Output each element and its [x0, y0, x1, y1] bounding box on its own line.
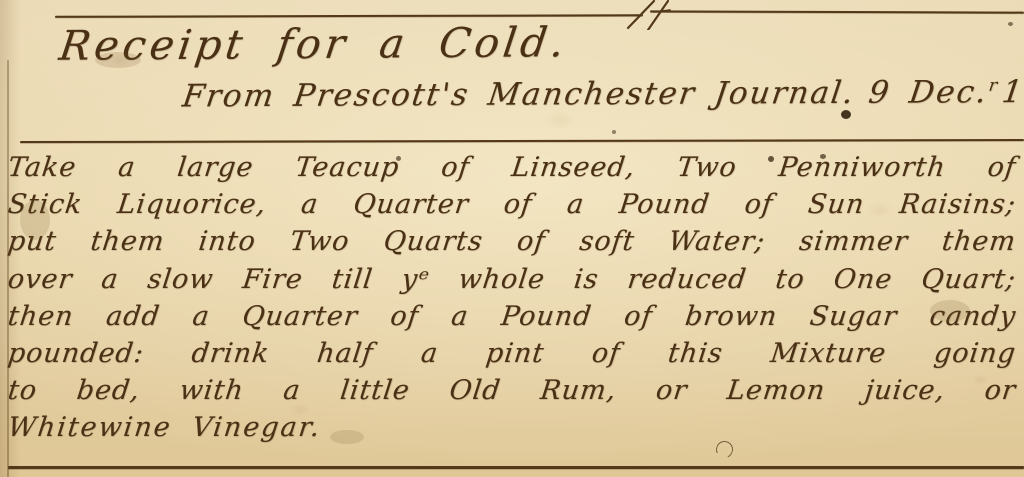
manuscript-line: put them into Two Quarts of soft Water; … — [6, 223, 1019, 260]
ink-blot — [396, 156, 401, 161]
date-superscript: r — [988, 76, 999, 96]
stain-spot — [930, 300, 970, 322]
ink-blot — [768, 156, 774, 162]
stain-spot — [95, 52, 141, 68]
top-rule-right-segment — [650, 10, 1024, 13]
date-text: 9 Dec.r1775. — [866, 74, 1024, 111]
cropped-page-mark — [610, 0, 700, 30]
manuscript-line: over a slow Fire till yᵉ whole is reduce… — [6, 261, 1019, 298]
recipe-source-line: From Prescott's Manchester Journal.9 Dec… — [180, 74, 1024, 115]
manuscript-page: Receipt for a Cold. From Prescott's Manc… — [0, 0, 1024, 477]
manuscript-line: to bed, with a little Old Rum, or Lemon … — [6, 372, 1019, 409]
date-day-month: 9 Dec. — [866, 74, 990, 111]
date-year: 1775. — [1000, 74, 1024, 111]
manuscript-line: Stick Liquorice, a Quarter of a Pound of… — [6, 186, 1019, 223]
manuscript-line: Take a large Teacup of Linseed, Two Penn… — [6, 149, 1019, 186]
manuscript-line: pounded: drink half a pint of this Mixtu… — [6, 335, 1019, 372]
stain-spot — [20, 200, 50, 240]
ink-blot — [820, 154, 826, 159]
heading-divider-rule — [20, 139, 1024, 143]
source-text: From Prescott's Manchester Journal. — [180, 75, 857, 115]
manuscript-line: Whitewine Vinegar. — [6, 409, 1019, 446]
top-rule-left-segment — [55, 14, 643, 18]
manuscript-line: then add a Quarter of a Pound of brown S… — [6, 298, 1019, 335]
ink-blot — [1008, 22, 1013, 26]
stain-spot — [330, 430, 364, 444]
ink-blot — [841, 110, 851, 119]
recipe-body: Take a large Teacup of Linseed, Two Penn… — [8, 149, 1016, 447]
ink-blot — [612, 130, 616, 134]
bottom-rule — [8, 466, 1024, 469]
